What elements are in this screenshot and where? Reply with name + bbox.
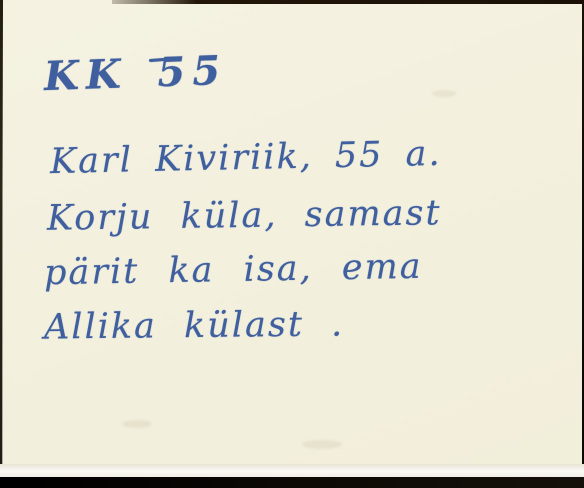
card-bottom-edge-highlight	[0, 464, 584, 477]
scan-edge-bottom	[0, 477, 584, 488]
paper-blotch	[122, 420, 152, 428]
handwritten-line: Karl Kiviriik, 55 a.	[50, 134, 442, 182]
handwritten-line: Allika külast .	[44, 304, 345, 347]
paper-blotch	[302, 440, 342, 449]
index-card: KK 55 Karl Kiviriik, 55 a. Korju küla, s…	[2, 0, 582, 477]
card-heading: KK 55	[43, 47, 228, 100]
handwritten-line: pärit ka isa, ema	[44, 247, 423, 294]
scanned-card-image: KK 55 Karl Kiviriik, 55 a. Korju küla, s…	[0, 0, 584, 488]
scan-edge-top	[112, 0, 584, 4]
scan-edge-left	[0, 0, 3, 477]
paper-blotch	[432, 90, 456, 97]
handwritten-line: Korju küla, samast	[47, 193, 442, 239]
